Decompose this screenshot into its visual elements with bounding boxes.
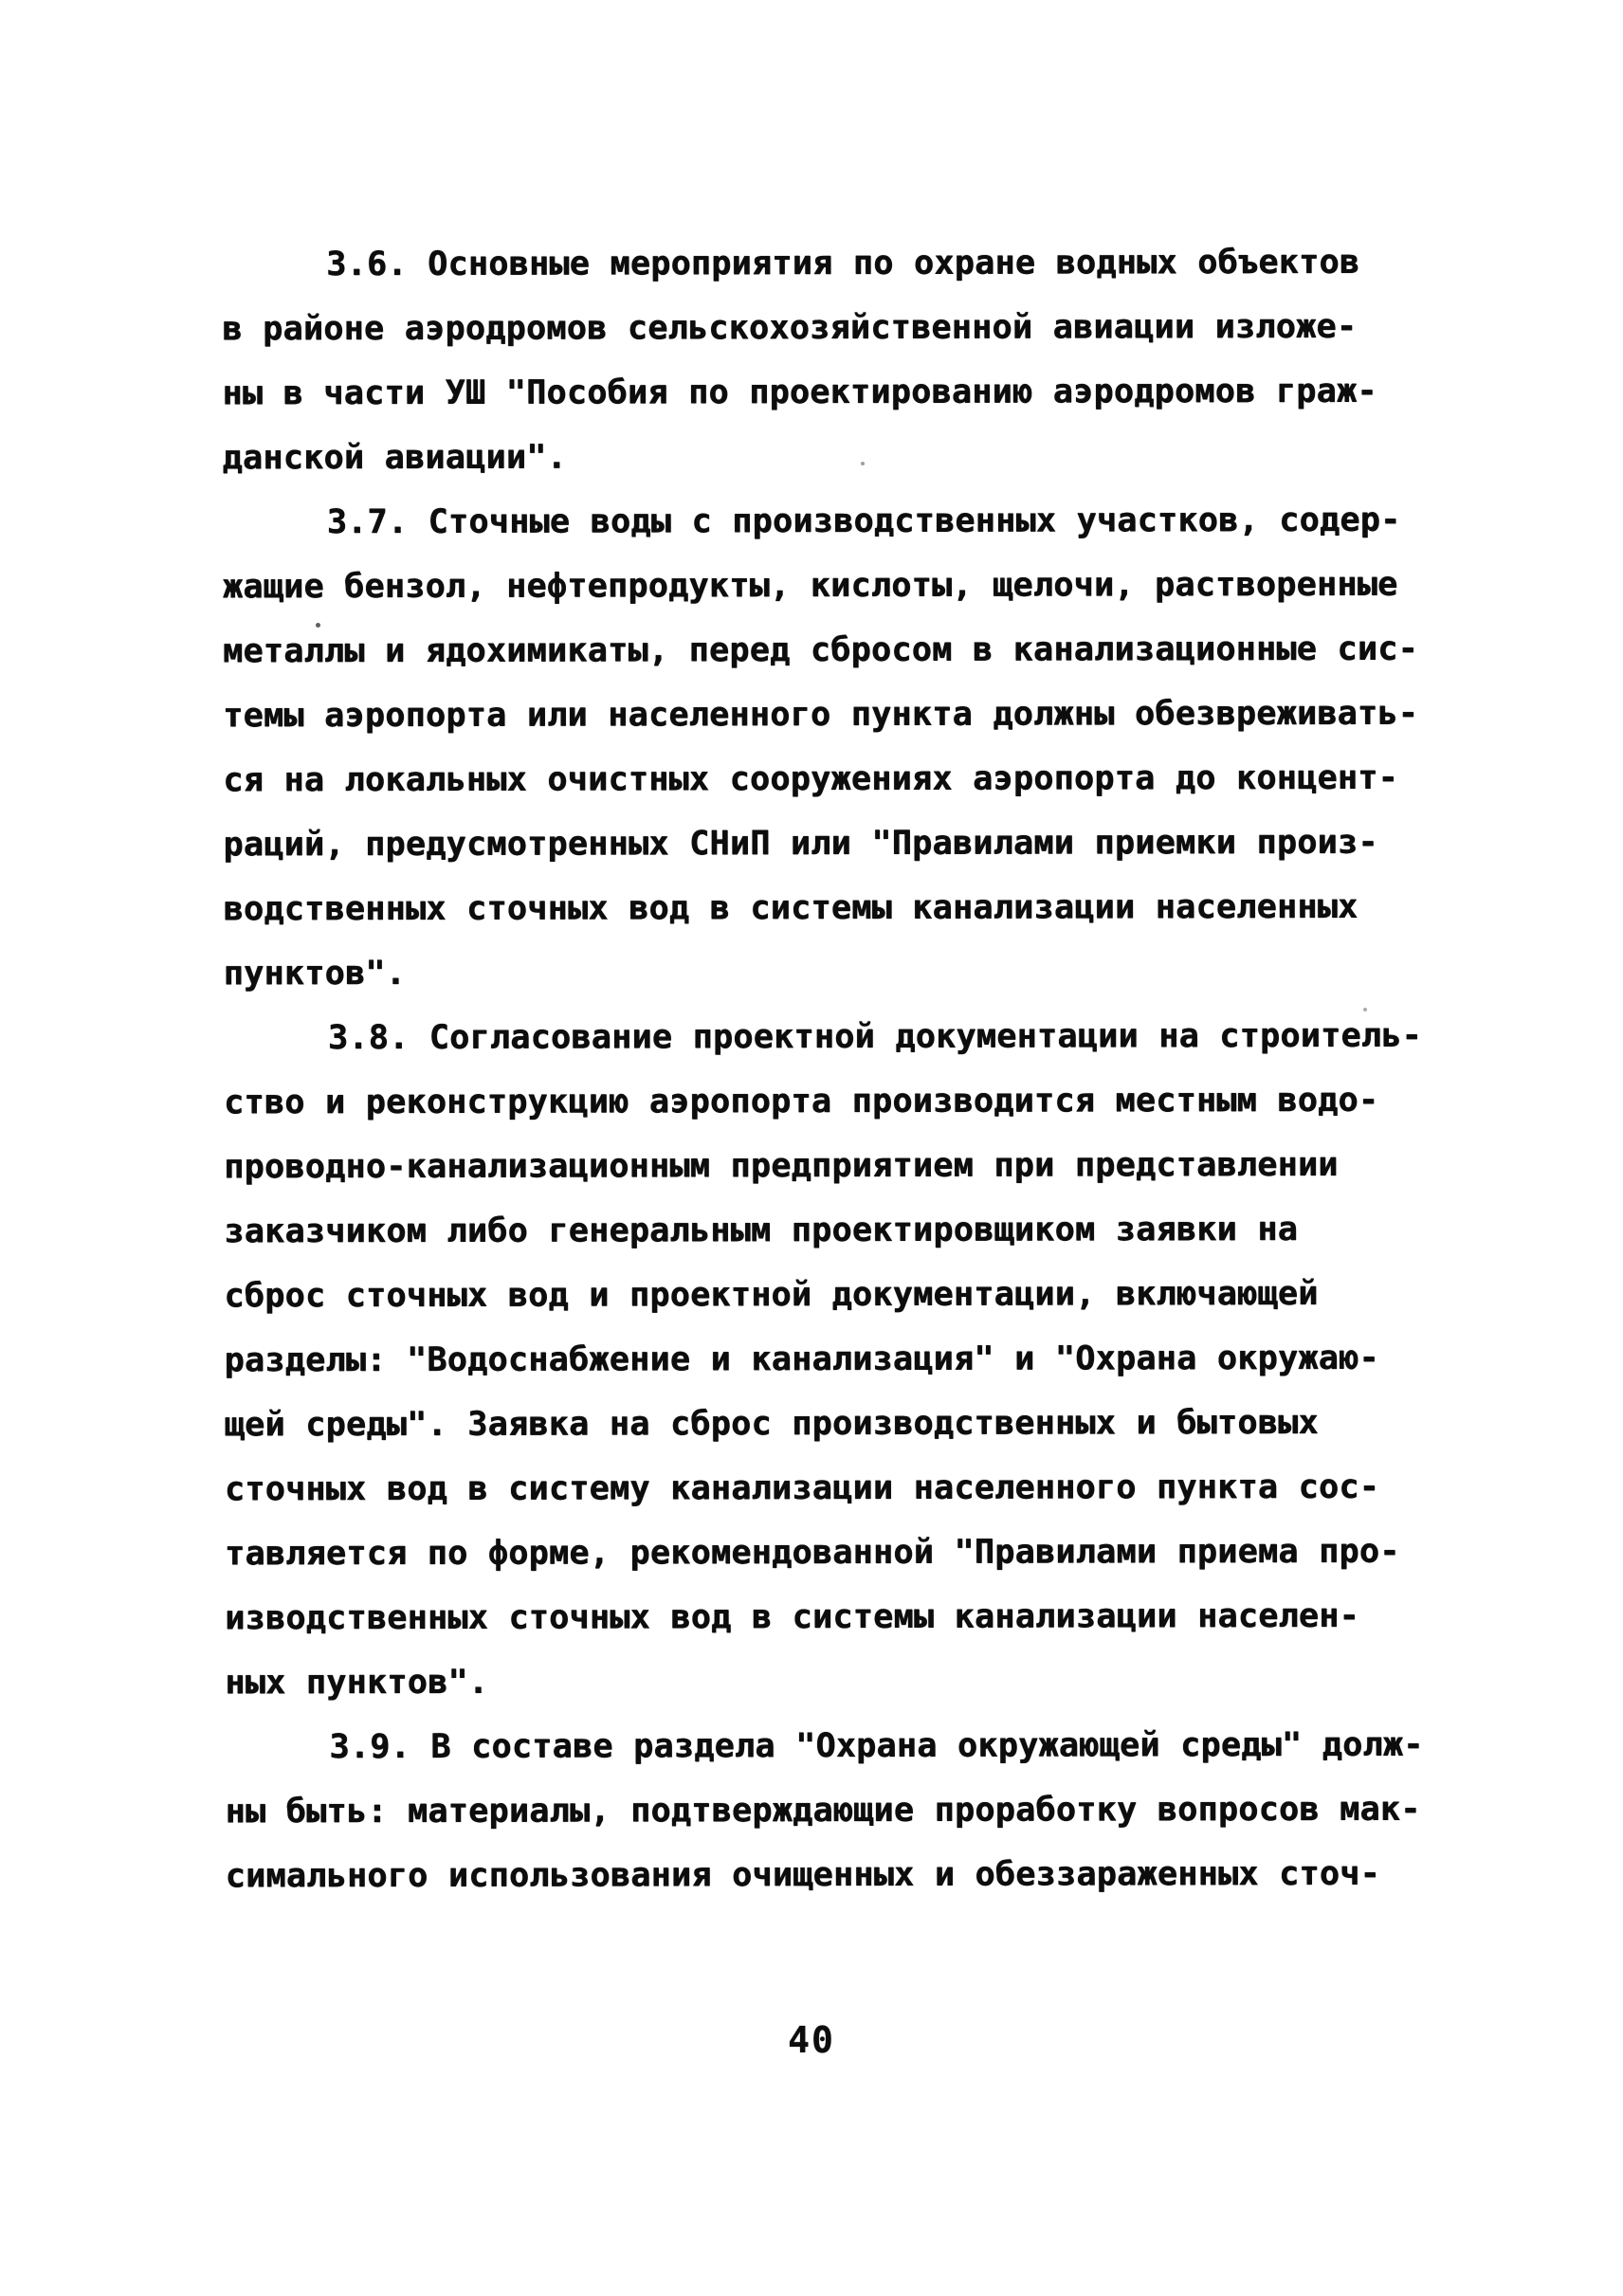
- text-line: разделы: "Водоснабжение и канализация" и…: [225, 1326, 1419, 1394]
- text-line: сточных вод в систему канализации населе…: [225, 1455, 1419, 1522]
- scanned-document-page: 3.6. Основные мероприятия по охране водн…: [0, 0, 1623, 2296]
- text-line: водственных сточных вод в системы канали…: [224, 875, 1418, 942]
- paragraph-3-7: 3.7. Сточные воды с производственных уча…: [223, 488, 1418, 1007]
- text-line: ных пунктов".: [225, 1649, 1419, 1716]
- text-line: изводственных сточных вод в системы кана…: [225, 1584, 1419, 1651]
- text-line: симального использования очищенных и обе…: [226, 1842, 1420, 1909]
- text-line: щей среды". Заявка на сброс производстве…: [225, 1391, 1419, 1458]
- scan-speck: [1363, 1008, 1367, 1011]
- text-line: ны быть: материалы, подтверждающие прора…: [226, 1777, 1420, 1845]
- text-line: сброс сточных вод и проектной документац…: [224, 1262, 1418, 1329]
- text-line: 3.7. Сточные воды с производственных уча…: [223, 488, 1417, 556]
- text-line: 3.9. В составе раздела "Охрана окружающе…: [225, 1713, 1419, 1780]
- text-line: данской авиации".: [223, 424, 1417, 491]
- text-line: раций, предусмотренных СНиП или "Правила…: [223, 811, 1417, 878]
- text-line: ся на локальных очистных сооружениях аэр…: [223, 746, 1417, 813]
- text-line: в районе аэродромов сельскохозяйственной…: [222, 295, 1416, 362]
- scan-speck: [861, 462, 865, 465]
- page-number: 40: [0, 2017, 1623, 2063]
- text-line: ны в части УШ "Пособия по проектированию…: [222, 359, 1416, 427]
- text-line: ство и реконструкцию аэропорта производи…: [224, 1068, 1418, 1136]
- paragraph-3-6: 3.6. Основные мероприятия по охране водн…: [222, 230, 1417, 491]
- text-line: пунктов".: [224, 939, 1418, 1007]
- text-line: темы аэропорта или населенного пункта до…: [223, 682, 1417, 749]
- text-line: заказчиком либо генеральным проектировщи…: [224, 1197, 1418, 1265]
- text-line: тавляется по форме, рекомендованной "Пра…: [225, 1520, 1419, 1587]
- text-line: металлы и ядохимикаты, перед сбросом в к…: [223, 617, 1417, 684]
- text-line: 3.8. Согласование проектной документации…: [224, 1004, 1418, 1071]
- scan-speck: [316, 623, 320, 628]
- paragraph-3-9: 3.9. В составе раздела "Охрана окружающе…: [225, 1713, 1419, 1909]
- text-line: жащие бензол, нефтепродукты, кислоты, ще…: [223, 553, 1417, 620]
- text-line: 3.6. Основные мероприятия по охране водн…: [222, 230, 1416, 298]
- text-line: проводно-канализационным предприятием пр…: [224, 1133, 1418, 1200]
- document-text: 3.6. Основные мероприятия по охране водн…: [222, 230, 1420, 1909]
- paragraph-3-8: 3.8. Согласование проектной документации…: [224, 1004, 1420, 1716]
